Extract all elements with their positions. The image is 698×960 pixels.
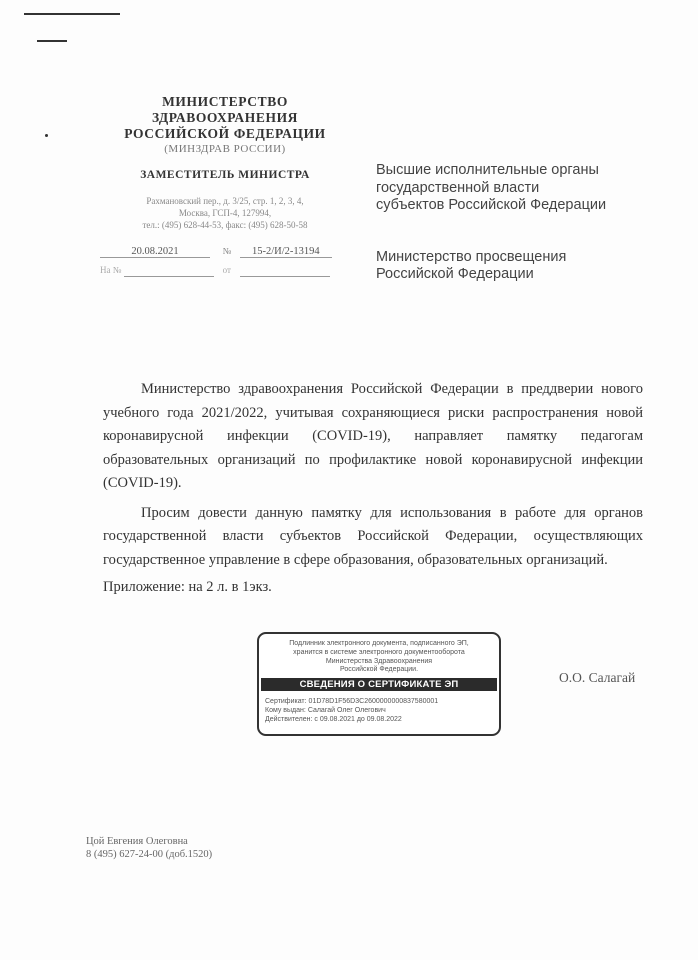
validity-row: Действителен: с 09.08.2021 до 09.08.2022 bbox=[265, 715, 499, 724]
from-date bbox=[240, 265, 330, 277]
signer-name: О.О. Салагай bbox=[559, 670, 635, 686]
ministry-name-line: МИНИСТЕРСТВО bbox=[90, 94, 360, 110]
document-date: 20.08.2021 bbox=[100, 246, 210, 258]
letter-body: Министерство здравоохранения Российской … bbox=[103, 378, 643, 600]
body-paragraph: Министерство здравоохранения Российской … bbox=[103, 378, 643, 496]
executor-name: Цой Евгения Олеговна bbox=[86, 835, 212, 848]
stamp-header-line: Подлинник электронного документа, подпис… bbox=[259, 640, 499, 649]
reply-label: На № bbox=[100, 265, 121, 275]
body-paragraph: Просим довести данную памятку для исполь… bbox=[103, 502, 643, 573]
address-line: тел.: (495) 628-44-53, факс: (495) 628-5… bbox=[90, 219, 360, 231]
stamp-header-line: Российской Федерации. bbox=[259, 666, 499, 675]
ministry-name-line: РОССИЙСКОЙ ФЕДЕРАЦИИ bbox=[90, 126, 360, 142]
validity-value: с 09.08.2021 до 09.08.2022 bbox=[314, 716, 401, 723]
issued-to-row: Кому выдан: Салагай Олег Олегович bbox=[265, 706, 499, 715]
letterhead: МИНИСТЕРСТВО ЗДРАВООХРАНЕНИЯ РОССИЙСКОЙ … bbox=[90, 94, 360, 231]
stamp-info: Сертификат: 01D78D1F56D3C260000000083758… bbox=[265, 697, 499, 724]
e-signature-stamp: Подлинник электронного документа, подпис… bbox=[257, 632, 501, 736]
executor-block: Цой Евгения Олеговна 8 (495) 627-24-00 (… bbox=[86, 835, 212, 861]
ministry-name-line: ЗДРАВООХРАНЕНИЯ bbox=[90, 110, 360, 126]
registration-row: 20.08.2021 № 15-2/И/2-13194 bbox=[100, 246, 340, 258]
address-block: Рахмановский пер., д. 3/25, стр. 1, 2, 3… bbox=[90, 195, 360, 231]
number-label: № bbox=[223, 246, 232, 256]
reply-number bbox=[124, 265, 214, 277]
reply-row: На № от bbox=[100, 265, 340, 277]
validity-label: Действителен: bbox=[265, 716, 312, 723]
executor-phone: 8 (495) 627-24-00 (доб.1520) bbox=[86, 848, 212, 861]
address-line: Москва, ГСП-4, 127994, bbox=[90, 207, 360, 219]
from-label: от bbox=[223, 265, 231, 275]
stamp-header-line: хранится в системе электронного документ… bbox=[259, 649, 499, 658]
address-line: Рахмановский пер., д. 3/25, стр. 1, 2, 3… bbox=[90, 195, 360, 207]
recipient-line: Российской Федерации bbox=[376, 266, 606, 284]
attachment-note: Приложение: на 2 л. в 1экз. bbox=[103, 576, 643, 600]
recipient-block: Высшие исполнительные органы государстве… bbox=[376, 162, 606, 284]
recipient-line: Министерство просвещения bbox=[376, 249, 606, 267]
recipient-line: государственной власти bbox=[376, 180, 606, 198]
position-title: ЗАМЕСТИТЕЛЬ МИНИСТРА bbox=[90, 169, 360, 181]
recipient-line: субъектов Российской Федерации bbox=[376, 197, 606, 215]
certificate-value: 01D78D1F56D3C2600000000837580001 bbox=[309, 698, 439, 705]
scan-artifact-line bbox=[37, 40, 67, 42]
certificate-label: Сертификат: bbox=[265, 698, 307, 705]
stamp-header: Подлинник электронного документа, подпис… bbox=[259, 640, 499, 675]
issued-to-label: Кому выдан: bbox=[265, 707, 306, 714]
issued-to-value: Салагай Олег Олегович bbox=[308, 707, 386, 714]
scan-artifact-line bbox=[24, 13, 120, 15]
certificate-row: Сертификат: 01D78D1F56D3C260000000083758… bbox=[265, 697, 499, 706]
stamp-title: СВЕДЕНИЯ О СЕРТИФИКАТЕ ЭП bbox=[261, 678, 497, 691]
recipient-line: Высшие исполнительные органы bbox=[376, 162, 606, 180]
document-number: 15-2/И/2-13194 bbox=[240, 246, 332, 258]
scan-artifact-dot bbox=[45, 134, 48, 137]
ministry-abbreviation: (МИНЗДРАВ РОССИИ) bbox=[90, 142, 360, 156]
